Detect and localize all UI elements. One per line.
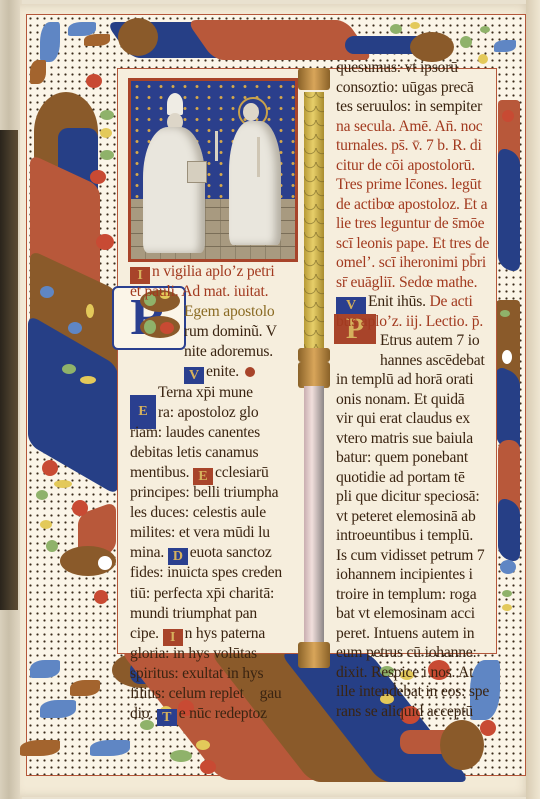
text-line: nite adoremus.	[130, 342, 282, 362]
strawberry-icon	[42, 460, 58, 476]
acanthus-leaf-icon	[84, 34, 110, 46]
text-line: debitas letis canamus	[130, 443, 282, 463]
text-line: vir qui erat claudus ex	[336, 409, 489, 429]
leaf-icon	[100, 150, 114, 160]
flower-icon	[480, 720, 496, 736]
text-line: Etrus autem 7 io	[336, 331, 489, 351]
blue-ribbon	[498, 496, 520, 564]
pillar-gold-shaft	[304, 92, 324, 350]
saint-paul-head	[243, 103, 259, 121]
text-line: peret. Intuens autem in	[336, 624, 489, 644]
text-line: sr̄ euāgliī. Sedœ mathe.	[336, 273, 489, 293]
strawberry-icon	[72, 500, 88, 516]
text-line: In vigilia aplo’z petri	[130, 262, 282, 282]
leaf-icon	[54, 480, 72, 488]
text-line: troire in templum: roga	[336, 585, 489, 605]
right-text-column: quesumus: vt ipsorū consoztio: uūgas p…	[336, 58, 489, 721]
pillar-ring	[298, 348, 330, 362]
text-line: hannes ascēdebat	[336, 351, 489, 371]
text-line: gloria: in hys volūtas	[130, 644, 282, 664]
text-line: lie tres leguntur de s̄mōe	[336, 214, 489, 234]
text-line: fides: inuicta spes creden	[130, 563, 282, 583]
leaf-icon	[80, 376, 96, 384]
key-icon	[215, 131, 218, 161]
text-line: dio. Te nūc redeptoz	[130, 704, 282, 724]
text-line: scī leonis pape. Et tres de	[336, 234, 489, 254]
flower-icon	[86, 74, 102, 88]
text-line: omel’. scī iheronimi pb̄ri	[336, 253, 489, 273]
text-line: na secula. Amē. An̄. noc	[336, 117, 489, 137]
acanthus-leaf-icon	[40, 22, 60, 62]
acanthus-leaf-icon	[494, 40, 516, 52]
text-line: batur: quem ponebant	[336, 448, 489, 468]
text-line: et pauli. Ad mat. iuitat.	[130, 282, 282, 302]
leaf-icon	[410, 22, 420, 29]
leaf-icon	[500, 310, 510, 317]
white-flower-icon	[98, 556, 112, 570]
text-line: bus aplo’z. iij. Lectio. p̄.	[336, 312, 489, 332]
leaf-icon	[480, 26, 490, 33]
leaf-icon	[46, 540, 58, 552]
acanthus-leaf-icon	[30, 660, 60, 678]
text-line: mentibus. Ecclesiarū	[130, 463, 282, 483]
text-line: eum petrus cū iohanne:	[336, 643, 489, 663]
acanthus-leaf-icon	[90, 740, 130, 756]
text-line: Is cum vidisset petrum 7	[336, 546, 489, 566]
acanthus-leaf-icon	[20, 740, 60, 756]
text-line: vtero matris sue baiula	[336, 429, 489, 449]
blue-flower-icon	[40, 286, 54, 298]
strawberry-icon	[94, 590, 108, 604]
text-line: onis nonam. Et quidā	[336, 390, 489, 410]
text-line: Venite.	[130, 362, 282, 382]
left-text-column: In vigilia aplo’z petri et pauli. Ad mat…	[130, 262, 282, 724]
pillar-knot	[298, 362, 330, 388]
leaf-icon	[460, 36, 472, 48]
blue-flower-icon	[500, 560, 516, 574]
text-line: principes: belli triumpha	[130, 483, 282, 503]
scroll-curl	[440, 720, 484, 770]
leaf-icon	[502, 604, 512, 611]
leaf-icon	[502, 590, 512, 597]
thistle-icon	[200, 760, 216, 774]
text-line: Egem apostolo	[130, 302, 282, 322]
acanthus-leaf-icon	[70, 680, 100, 696]
leaf-icon	[100, 110, 114, 120]
papal-tiara-icon	[167, 93, 183, 115]
acanthus-leaf-icon	[40, 700, 76, 718]
text-line: vt peteret elemosinā ab	[336, 507, 489, 527]
line-filler-dot	[245, 367, 255, 377]
text-line: iohannem incipientes i	[336, 565, 489, 585]
pillar-pink-shaft	[304, 386, 324, 646]
saint-peter-figure	[143, 127, 205, 253]
white-flower-icon	[502, 350, 512, 364]
text-line: rans se aliquid acceptū	[336, 702, 489, 722]
text-line: Tres prime lc̄ones. legūt	[336, 175, 489, 195]
rubric-initial: T	[157, 709, 177, 726]
blue-ribbon	[498, 146, 520, 274]
sword-icon	[257, 137, 260, 177]
text-line: riam: laudes canentes	[130, 423, 282, 443]
blue-flower-icon	[68, 322, 82, 334]
text-line: quotidie ad portam tē	[336, 468, 489, 488]
text-line: les duces: celestis aule	[130, 503, 282, 523]
text-line: turnales. ps̄. v̄. 7 b. R. di	[336, 136, 489, 156]
flower-icon	[502, 110, 514, 122]
text-line: ille intendebat in eos: spe	[336, 682, 489, 702]
leaf-icon	[170, 750, 192, 762]
flower-icon	[90, 170, 106, 184]
text-line: consoztio: uūgas precā	[336, 78, 489, 98]
text-line: de actibœ apostoloz. Et a	[336, 195, 489, 215]
text-line: spiritus: exultat in hys	[130, 664, 282, 684]
text-line: filius: celum replet᷑ gau	[130, 684, 282, 704]
leaf-icon	[86, 304, 94, 318]
text-line: rum dominũ. V	[130, 322, 282, 342]
acanthus-leaf-icon	[30, 60, 46, 84]
pillar-capital	[298, 68, 330, 90]
leaf-icon	[100, 128, 112, 138]
text-line: introeuntibus i templū.	[336, 526, 489, 546]
pillar-base	[298, 642, 330, 668]
text-line: tiū: perfecta xp̄i charitā:	[130, 584, 282, 604]
text-line: pli que dicitur speciosā:	[336, 487, 489, 507]
page-edge	[526, 0, 540, 799]
text-line: in templū ad horā orati	[336, 370, 489, 390]
text-line: tes seruulos: in sempiter	[336, 97, 489, 117]
binding-spine-shadow	[0, 130, 18, 610]
miniature-saints-peter-and-paul	[128, 78, 298, 262]
flower-icon	[96, 234, 114, 250]
book-icon	[187, 161, 207, 183]
rubric-initial: V	[184, 367, 204, 384]
text-line: mundi triumphat pan	[130, 604, 282, 624]
leaf-icon	[62, 364, 76, 374]
text-line: milites: et vera mūdi lu	[130, 523, 282, 543]
text-line: dixit. Respice i nos. At	[336, 663, 489, 683]
scroll-curl	[118, 18, 158, 56]
leaf-icon	[40, 520, 52, 529]
saint-paul-figure	[229, 121, 281, 245]
text-line: VEnit ihūs. De acti	[336, 292, 489, 312]
leaf-icon	[196, 740, 210, 750]
leaf-icon	[36, 490, 48, 500]
text-line: ETerna xp̄i mune	[130, 383, 282, 403]
leaf-icon	[390, 24, 402, 34]
text-line: citur de cōi apostolorū.	[336, 156, 489, 176]
text-line: cipe. In hys paterna	[130, 624, 282, 644]
text-line: bat vt elemosinam acci	[336, 604, 489, 624]
text-line: mina. Deuota sanctoz	[130, 543, 282, 563]
text-line: quesumus: vt ipsorū	[336, 58, 489, 78]
